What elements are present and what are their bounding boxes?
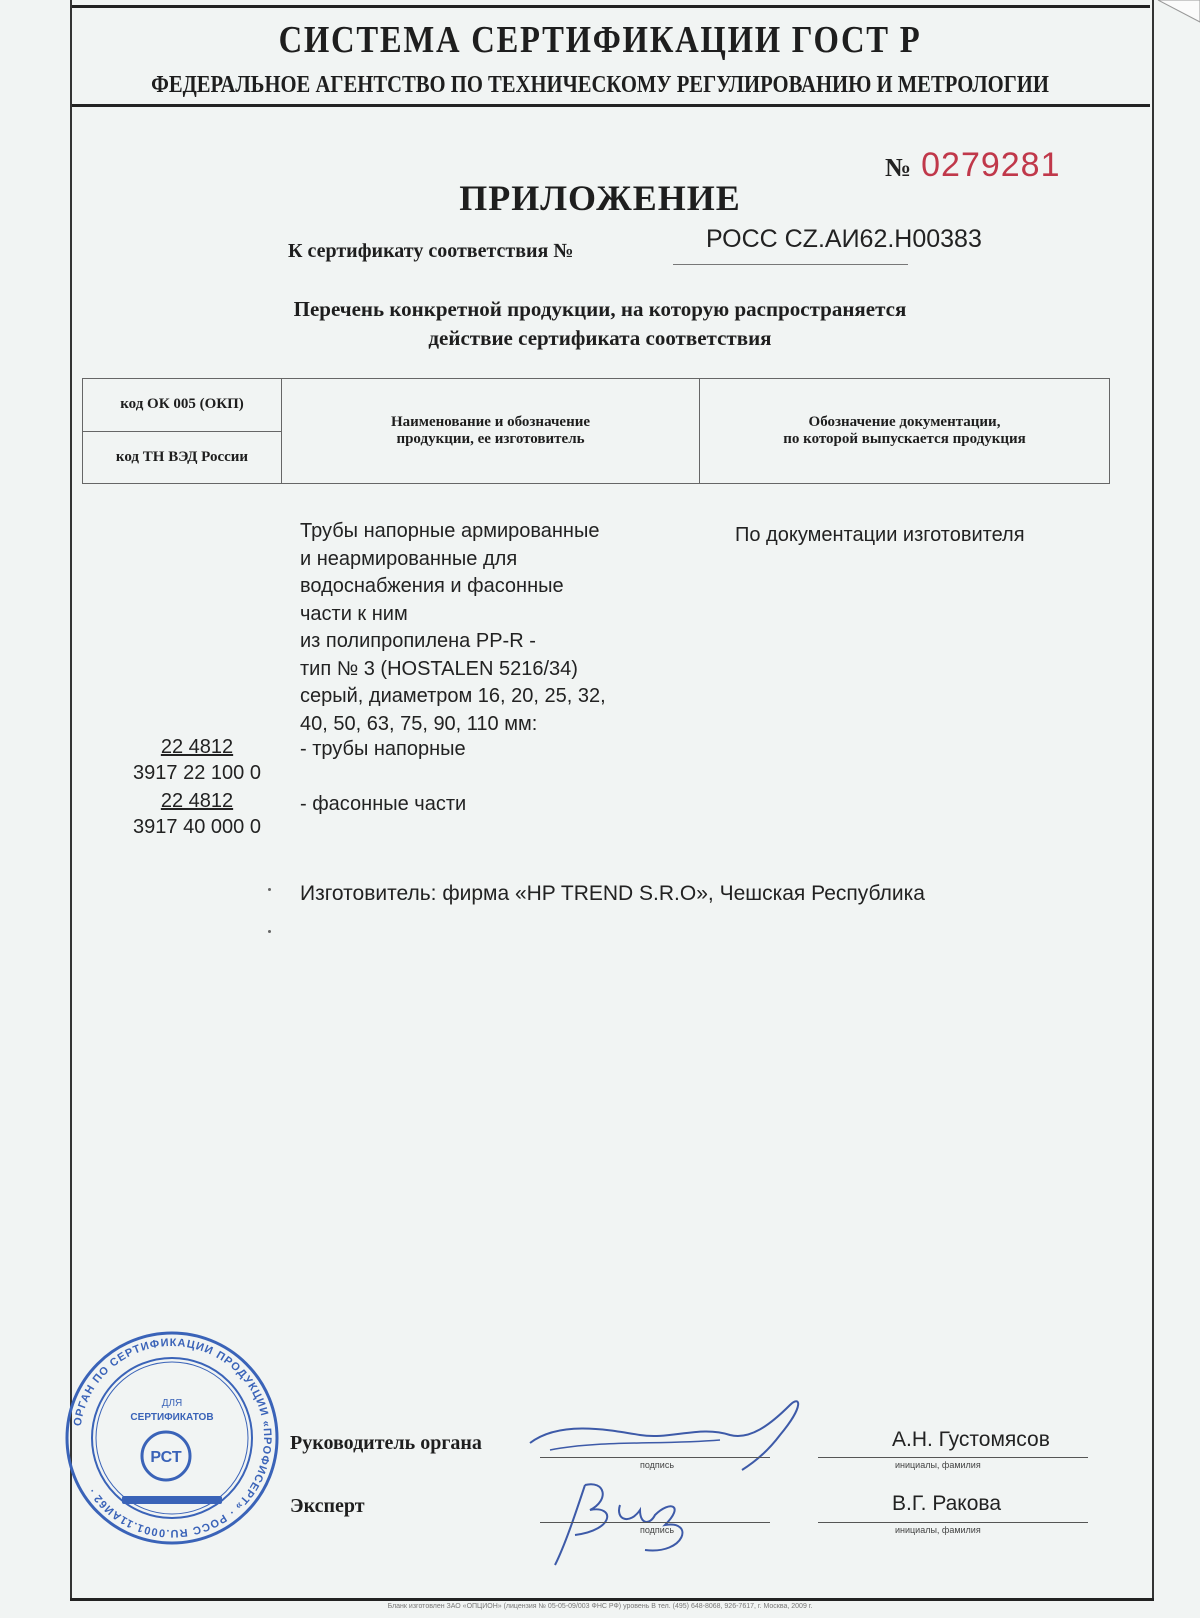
head-signature-line bbox=[540, 1457, 770, 1458]
svg-text:ОРГАН ПО СЕРТИФИКАЦИИ ПРОДУКЦИ: ОРГАН ПО СЕРТИФИКАЦИИ ПРОДУКЦИИ «ПРОФИСЕ… bbox=[72, 1337, 273, 1539]
product-table-header: код ОК 005 (ОКП) Наименование и обозначе… bbox=[82, 378, 1110, 484]
certification-stamp: ОРГАН ПО СЕРТИФИКАЦИИ ПРОДУКЦИИ «ПРОФИСЕ… bbox=[62, 1328, 282, 1548]
certificate-number: РОСС CZ.АИ62.Н00383 bbox=[706, 225, 982, 254]
expert-signature bbox=[545, 1465, 725, 1575]
top-border bbox=[72, 5, 1150, 8]
svg-text:ДЛЯ: ДЛЯ bbox=[162, 1398, 183, 1409]
description-line: 40, 50, 63, 75, 90, 110 мм: bbox=[300, 711, 720, 739]
head-name-line bbox=[818, 1457, 1088, 1458]
header-code-tnved: код ТН ВЭД России bbox=[83, 431, 282, 484]
list-heading-line-2: действие сертификата соответствия bbox=[0, 324, 1200, 353]
product-description: Трубы напорные армированные и неармирова… bbox=[300, 518, 720, 738]
description-line: Трубы напорные армированные bbox=[300, 518, 720, 546]
head-name-caption: инициалы, фамилия bbox=[895, 1460, 981, 1470]
page-corner-fold-icon bbox=[1140, 0, 1200, 40]
documentation-reference: По документации изготовителя bbox=[735, 524, 1025, 547]
item-label-1: - трубы напорные bbox=[300, 738, 466, 761]
header-product-name-line-2: продукции, ее изготовитель bbox=[288, 431, 693, 448]
svg-text:РСТ: РСТ bbox=[150, 1449, 181, 1466]
expert-signature-line bbox=[540, 1522, 770, 1523]
certificate-label: К сертификату соответствия № bbox=[288, 240, 573, 262]
scan-dot bbox=[268, 930, 271, 933]
list-heading-line-1: Перечень конкретной продукции, на котору… bbox=[0, 295, 1200, 324]
code-okp: 22 4812 bbox=[112, 788, 282, 814]
manufacturer: Изготовитель: фирма «HP TREND S.R.O», Че… bbox=[300, 882, 925, 906]
scan-dot bbox=[268, 888, 271, 891]
printer-info: Бланк изготовлен ЗАО «ОПЦИОН» (лицензия … bbox=[0, 1603, 1200, 1610]
header-code-okp: код ОК 005 (ОКП) bbox=[83, 379, 282, 432]
description-line: тип № 3 (HOSTALEN 5216/34) bbox=[300, 656, 720, 684]
item-codes-1: 22 4812 3917 22 100 0 bbox=[112, 734, 282, 786]
description-line: водоснабжения и фасонные bbox=[300, 573, 720, 601]
code-tnved: 3917 40 000 0 bbox=[112, 814, 282, 840]
description-line: и неармированные для bbox=[300, 546, 720, 574]
expert-name-line bbox=[818, 1522, 1088, 1523]
head-name: А.Н. Густомясов bbox=[892, 1428, 1050, 1452]
certificate-underline bbox=[673, 264, 908, 265]
item-label-2: - фасонные части bbox=[300, 793, 466, 816]
header-documentation-line-2: по которой выпускается продукция bbox=[706, 431, 1103, 448]
appendix-title: ПРИЛОЖЕНИЕ bbox=[0, 177, 1200, 219]
description-line: части к ним bbox=[300, 601, 720, 629]
expert-name-caption: инициалы, фамилия bbox=[895, 1525, 981, 1535]
list-heading: Перечень конкретной продукции, на котору… bbox=[0, 295, 1200, 353]
expert-name: В.Г. Ракова bbox=[892, 1492, 1001, 1516]
bottom-border bbox=[70, 1598, 1154, 1601]
header-documentation: Обозначение документации, по которой вып… bbox=[700, 379, 1110, 484]
agency-title: ФЕДЕРАЛЬНОЕ АГЕНТСТВО ПО ТЕХНИЧЕСКОМУ РЕ… bbox=[84, 72, 1116, 99]
expert-label: Эксперт bbox=[290, 1495, 365, 1518]
code-tnved: 3917 22 100 0 bbox=[112, 760, 282, 786]
header-product-name-line-1: Наименование и обозначение bbox=[288, 414, 693, 431]
expert-signature-caption: подпись bbox=[640, 1525, 674, 1535]
item-codes-2: 22 4812 3917 40 000 0 bbox=[112, 788, 282, 840]
header-documentation-line-1: Обозначение документации, bbox=[706, 414, 1103, 431]
description-line: из полипропилена PP-R - bbox=[300, 628, 720, 656]
header-divider bbox=[72, 104, 1150, 107]
system-title: СИСТЕМА СЕРТИФИКАЦИИ ГОСТ Р bbox=[84, 18, 1116, 62]
description-line: серый, диаметром 16, 20, 25, 32, bbox=[300, 683, 720, 711]
svg-text:СЕРТИФИКАТОВ: СЕРТИФИКАТОВ bbox=[130, 1412, 213, 1423]
head-of-body-label: Руководитель органа bbox=[290, 1432, 482, 1455]
certificate-reference: К сертификату соответствия № РОСС CZ.АИ6… bbox=[288, 240, 573, 263]
code-okp: 22 4812 bbox=[112, 734, 282, 760]
header-product-name: Наименование и обозначение продукции, ее… bbox=[282, 379, 700, 484]
